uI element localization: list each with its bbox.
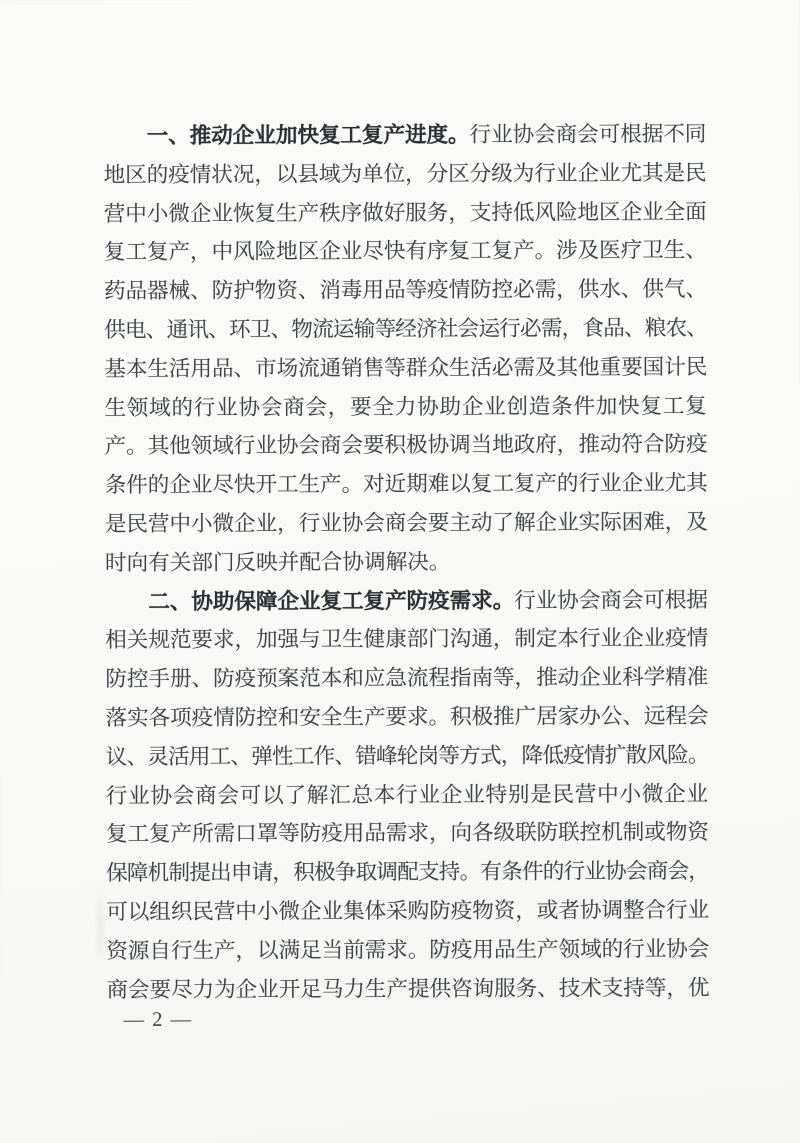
line-segment: 保障机制提出申请，积极争取调配支持。有条件的行业协会商会， <box>106 859 709 885</box>
page-number: — 2 — <box>124 1009 193 1032</box>
line-content: 资源自行生产，以满足当前需求。防疫用品生产领域的行业协会 <box>106 937 709 963</box>
line-content: 保障机制提出申请，积极争取调配支持。有条件的行业协会商会， <box>106 859 709 885</box>
text-line: 一、推动企业加快复工复产进度。行业协会商会可根据不同 <box>103 115 706 156</box>
line-segment: 药品器械、防护物资、消毒用品等疫情防控必需，供水、供气、 <box>104 277 707 303</box>
text-line: 商会要尽力为企业开足马力生产提供咨询服务、技术支持等，优 <box>106 968 709 1009</box>
line-segment: 可以组织民营中小微企业集体采购防疫物资，或者协调整合行业 <box>106 898 709 924</box>
line-content: 相关规范要求，加强与卫生健康部门沟通，制定本行业企业疫情 <box>105 626 708 652</box>
line-content: 产。其他领域行业协会商会要积极协调当地政府，推动符合防疫 <box>105 432 708 458</box>
text-line: 条件的企业尽快开工生产。对近期难以复工复产的行业企业尤其 <box>105 464 708 505</box>
line-content: 一、推动企业加快复工复产进度。行业协会商会可根据不同 <box>147 122 707 148</box>
line-content: 二、协助保障企业复工复产防疫需求。行业协会商会可根据 <box>148 587 708 613</box>
line-content: 落实各项疫情防控和安全生产要求。积极推广居家办公、远程会 <box>105 704 708 730</box>
line-segment: 条件的企业尽快开工生产。对近期难以复工复产的行业企业尤其 <box>105 471 708 497</box>
text-line: 药品器械、防护物资、消毒用品等疫情防控必需，供水、供气、 <box>104 270 707 311</box>
text-line: 营中小微企业恢复生产秩序做好服务，支持低风险地区企业全面 <box>104 193 707 234</box>
line-segment: 行业协会商会可根据 <box>514 587 708 612</box>
line-segment: 产。其他领域行业协会商会要积极协调当地政府，推动符合防疫 <box>105 432 708 458</box>
text-line: 复工复产所需口罩等防疫用品需求，向各级联防联控机制或物资 <box>106 813 709 854</box>
line-segment: 生领域的行业协会商会，要全力协助企业创造条件加快复工复 <box>104 394 707 420</box>
line-segment: 时向有关部门反映并配合协调解决。 <box>105 550 451 575</box>
document-body: 一、推动企业加快复工复产进度。行业协会商会可根据不同地区的疫情状况，以县域为单位… <box>103 115 709 1009</box>
text-line: 产。其他领域行业协会商会要积极协调当地政府，推动符合防疫 <box>104 425 707 466</box>
line-content: 基本生活用品、市场流通销售等群众生活必需及其他重要国计民 <box>104 355 707 381</box>
line-content: 是民营中小微企业，行业协会商会要主动了解企业实际困难，及 <box>105 510 708 536</box>
text-line: 二、协助保障企业复工复产防疫需求。行业协会商会可根据 <box>105 580 708 621</box>
text-line: 基本生活用品、市场流通销售等群众生活必需及其他重要国计民 <box>104 348 707 389</box>
line-content: 生领域的行业协会商会，要全力协助企业创造条件加快复工复 <box>104 394 707 420</box>
section-heading: 一、推动企业加快复工复产进度。 <box>147 123 470 148</box>
text-line: 落实各项疫情防控和安全生产要求。积极推广居家办公、远程会 <box>105 697 708 738</box>
line-segment: 复工复产，中风险地区企业尽快有序复工复产。涉及医疗卫生、 <box>104 238 707 264</box>
text-line: 行业协会商会可以了解汇总本行业企业特别是民营中小微企业 <box>106 774 709 815</box>
text-line: 生领域的行业协会商会，要全力协助企业创造条件加快复工复 <box>104 387 707 428</box>
line-content: 议、灵活用工、弹性工作、错峰轮岗等方式，降低疫情扩散风险。 <box>106 743 709 769</box>
line-content: 复工复产，中风险地区企业尽快有序复工复产。涉及医疗卫生、 <box>104 238 707 264</box>
text-line: 地区的疫情状况，以县域为单位，分区分级为行业企业尤其是民 <box>104 154 707 195</box>
scanned-document-page: 一、推动企业加快复工复产进度。行业协会商会可根据不同地区的疫情状况，以县域为单位… <box>0 0 800 1142</box>
text-line: 时向有关部门反映并配合协调解决。 <box>105 542 708 583</box>
text-line: 保障机制提出申请，积极争取调配支持。有条件的行业协会商会， <box>106 852 709 893</box>
line-content: 可以组织民营中小微企业集体采购防疫物资，或者协调整合行业 <box>106 898 709 924</box>
line-content: 供电、通讯、环卫、物流运输等经济社会运行必需，食品、粮农、 <box>104 316 707 342</box>
text-line: 是民营中小微企业，行业协会商会要主动了解企业实际困难，及 <box>105 503 708 544</box>
line-segment: 行业协会商会可根据不同 <box>469 122 706 147</box>
text-line: 议、灵活用工、弹性工作、错峰轮岗等方式，降低疫情扩散风险。 <box>106 736 709 777</box>
line-content: 行业协会商会可以了解汇总本行业企业特别是民营中小微企业 <box>106 781 709 807</box>
line-segment: 复工复产所需口罩等防疫用品需求，向各级联防联控机制或物资 <box>106 820 709 846</box>
line-content: 条件的企业尽快开工生产。对近期难以复工复产的行业企业尤其 <box>105 471 708 497</box>
line-content: 时向有关部门反映并配合协调解决。 <box>105 550 451 575</box>
text-line: 资源自行生产，以满足当前需求。防疫用品生产领域的行业协会 <box>106 930 709 971</box>
line-content: 地区的疫情状况，以县域为单位，分区分级为行业企业尤其是民 <box>104 161 707 187</box>
line-segment: 相关规范要求，加强与卫生健康部门沟通，制定本行业企业疫情 <box>105 626 708 652</box>
line-segment: 资源自行生产，以满足当前需求。防疫用品生产领域的行业协会 <box>106 937 709 963</box>
line-segment: 地区的疫情状况，以县域为单位，分区分级为行业企业尤其是民 <box>104 161 707 187</box>
text-line: 防控手册、防疫预案范本和应急流程指南等，推动企业科学精准 <box>105 658 708 699</box>
line-segment: 供电、通讯、环卫、物流运输等经济社会运行必需，食品、粮农、 <box>104 316 707 342</box>
text-line: 相关规范要求，加强与卫生健康部门沟通，制定本行业企业疫情 <box>105 619 708 660</box>
line-segment: 营中小微企业恢复生产秩序做好服务，支持低风险地区企业全面 <box>104 200 707 226</box>
line-content: 营中小微企业恢复生产秩序做好服务，支持低风险地区企业全面 <box>104 200 707 226</box>
line-segment: 商会要尽力为企业开足马力生产提供咨询服务、技术支持等，优 <box>106 975 709 1001</box>
line-segment: 议、灵活用工、弹性工作、错峰轮岗等方式，降低疫情扩散风险。 <box>106 743 709 769</box>
line-content: 防控手册、防疫预案范本和应急流程指南等，推动企业科学精准 <box>105 665 708 691</box>
line-content: 复工复产所需口罩等防疫用品需求，向各级联防联控机制或物资 <box>106 820 709 846</box>
line-content: 药品器械、防护物资、消毒用品等疫情防控必需，供水、供气、 <box>104 277 707 303</box>
line-segment: 落实各项疫情防控和安全生产要求。积极推广居家办公、远程会 <box>105 704 708 730</box>
line-segment: 基本生活用品、市场流通销售等群众生活必需及其他重要国计民 <box>104 355 707 381</box>
text-line: 复工复产，中风险地区企业尽快有序复工复产。涉及医疗卫生、 <box>104 231 707 272</box>
line-content: 商会要尽力为企业开足马力生产提供咨询服务、技术支持等，优 <box>106 975 709 1001</box>
section-heading: 二、协助保障企业复工复产防疫需求。 <box>148 588 514 613</box>
line-segment: 是民营中小微企业，行业协会商会要主动了解企业实际困难，及 <box>105 510 708 536</box>
text-line: 供电、通讯、环卫、物流运输等经济社会运行必需，食品、粮农、 <box>104 309 707 350</box>
line-segment: 防控手册、防疫预案范本和应急流程指南等，推动企业科学精准 <box>105 665 708 691</box>
line-segment: 行业协会商会可以了解汇总本行业企业特别是民营中小微企业 <box>106 781 709 807</box>
text-line: 可以组织民营中小微企业集体采购防疫物资，或者协调整合行业 <box>106 891 709 932</box>
